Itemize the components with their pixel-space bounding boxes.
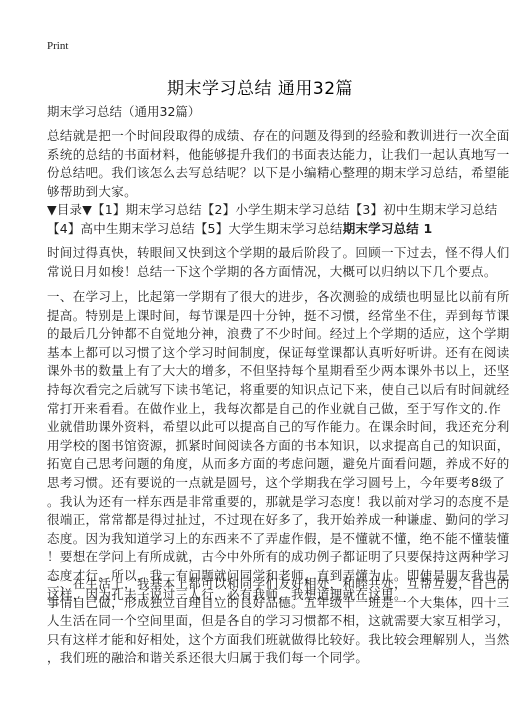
- text-line: 时间过得真快，转眼间又快到这个学期的最后阶段了。回顾一下过去，怪不得人们: [47, 244, 493, 263]
- toc-item-4[interactable]: 【4】高中生期末学习总结: [47, 221, 195, 236]
- text-line: ，我们班的融洽和谐关系还很大归属于我们每一个同学。: [47, 649, 493, 668]
- print-label: Print: [47, 40, 68, 52]
- text-line: 常打开来看看。在做作业上，我每次都是自己的作业就自己做，至于写作文的.作: [47, 400, 493, 419]
- body-paragraph-1: 时间过得真快，转眼间又快到这个学期的最后阶段了。回顾一下过去，怪不得人们 常说日…: [47, 244, 493, 281]
- text-line: 二、在生活上，我基本上都可以和同学们友好相处，和睦共处，互帮互爱，自己的: [47, 575, 493, 594]
- intro-paragraph: 总结就是把一个时间段取得的成绩、存在的问题及得到的经验和教训进行一次全面 系统的…: [47, 127, 493, 201]
- text-line: 人生活在同一个空间里面，但是各自的学习习惯都不相，这就需要大家互相学习，: [47, 612, 493, 631]
- text-line: 提高。特别是上课时间，每节课是四十分钟，挺不习惯，经常坐不住，弄到每节课: [47, 307, 493, 326]
- toc-item-1[interactable]: 【1】期末学习总结: [92, 202, 202, 217]
- text-line: 课外书的数量上有了大大的增多，不但坚持每个星期看至少两本课外书以上，还坚: [47, 362, 493, 381]
- toc-item-2[interactable]: 【2】小学生期末学习总结: [202, 202, 350, 217]
- toc-item-5[interactable]: 【5】大学生期末学习总结: [195, 221, 343, 236]
- toc-item-3[interactable]: 【3】初中生期末学习总结: [350, 202, 498, 217]
- text-line: 一、在学习上，比起第一学期有了很大的进步，各次测验的成绩也明显比以前有所: [47, 288, 493, 307]
- text-line: ！要想在学问上有所成就，古今中外所有的成功例子都证明了只要保持这两种学习: [47, 548, 493, 567]
- body-paragraph-3: 二、在生活上，我基本上都可以和同学们友好相处，和睦共处，互帮互爱，自己的 事情自…: [47, 575, 493, 668]
- text-line: 拓宽自己思考问题的角度，从而多方面的考虑问题，避免片面看问题，养成不好的: [47, 455, 493, 474]
- body-paragraph-2: 一、在学习上，比起第一学期有了很大的进步，各次测验的成绩也明显比以前有所 提高。…: [47, 288, 493, 604]
- text-line: 的最后几分钟都不自觉地分神，浪费了不少时间。经过上个学期的适应，这个学期: [47, 325, 493, 344]
- text-line: 常说日月如梭！总结一下这个学期的各方面情况，大概可以归纳以下几个要点。: [47, 263, 493, 282]
- text-line: 事情自己做，形成独立自理自立的良好品德。五年级十一班是一个大集体，四十三: [47, 594, 493, 613]
- text-line: 只有这样才能和好相处，这个方面我们班就做得比较好。我比较会理解别人，当然: [47, 631, 493, 650]
- text-line: 系统的总结的书面材料，他能够提升我们的书面表达能力，让我们一起认真地写一: [47, 146, 493, 165]
- toc-prefix: ▼目录▼: [47, 202, 92, 217]
- text-line: 总结就是把一个时间段取得的成绩、存在的问题及得到的经验和教训进行一次全面: [47, 127, 493, 146]
- text-line: 思考习惯。还有要说的一点就是圆号，这个学期我在学习圆号上，今年要考8级了: [47, 474, 493, 493]
- text-line: 。我认为还有一样东西是非常重要的，那就是学习态度！我以前对学习的态度不是: [47, 493, 493, 512]
- text-line: 态度。因为我知道学习上的东西来不了弄虚作假，是不懂就不懂，绝不能不懂装懂: [47, 530, 493, 549]
- section-heading: 期末学习总结 1: [343, 221, 433, 236]
- page-title: 期末学习总结 通用32篇: [0, 74, 520, 99]
- text-line: 基本上都可以习惯了这个学习时间制度，保证每堂课都认真听好听讲。还有在阅读: [47, 344, 493, 363]
- text-line: 用学校的图书馆资源，抓紧时间阅读各方面的书本知识，以求提高自己的知识面，: [47, 437, 493, 456]
- text-line: 很端正，常常都是得过扯过，不过现在好多了，我开始养成一种谦虚、勤问的学习: [47, 511, 493, 530]
- text-line: 持每次看完之后就写下读书笔记，将重要的知识点记下来，使自己以后有时间就经: [47, 381, 493, 400]
- document-subtitle: 期末学习总结（通用32篇）: [47, 102, 200, 120]
- table-of-contents: ▼目录▼【1】期末学习总结【2】小学生期末学习总结【3】初中生期末学习总结 【4…: [47, 201, 493, 238]
- text-line: 够帮助到大家。: [47, 183, 493, 202]
- text-line: 份总结吧。我们该怎么去写总结呢？以下是小编精心整理的期末学习总结，希望能: [47, 164, 493, 183]
- text-line: 业就借助课外资料，希望以此可以提高自己的写作能力。在课余时间，我还充分利: [47, 418, 493, 437]
